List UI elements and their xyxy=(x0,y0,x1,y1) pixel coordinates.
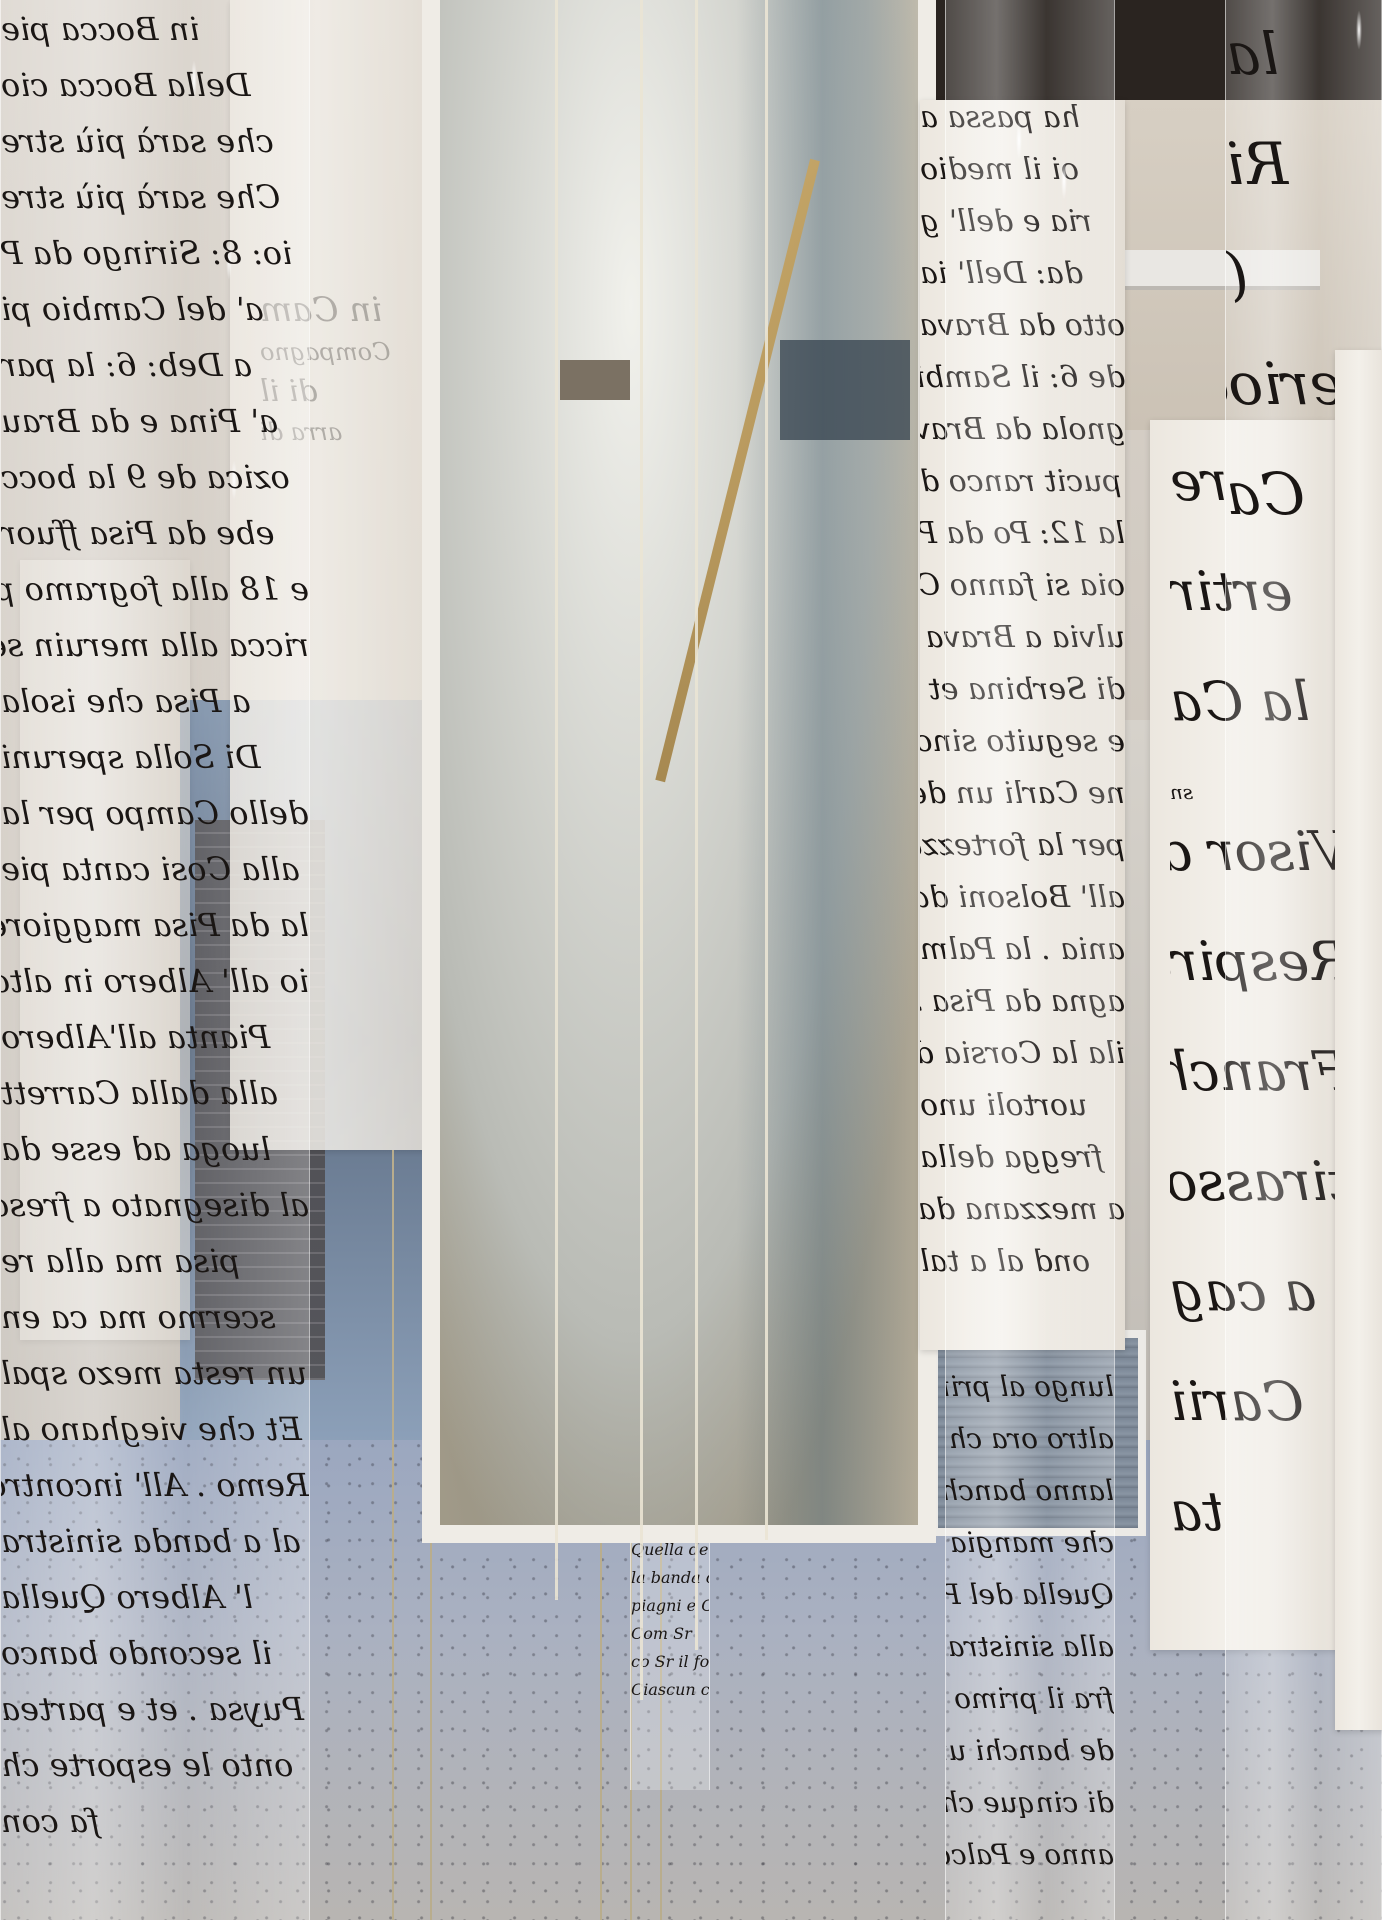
manuscript-line: Ri xyxy=(1226,130,1381,240)
artwork-thread xyxy=(765,0,768,1540)
manuscript-line: Puysa . et e partea xyxy=(1,1690,309,1746)
manuscript-line: a' del Cambio pi xyxy=(1,290,309,346)
manuscript-line: al a banda sinistra xyxy=(1,1522,309,1578)
manuscript-line: onto le esporte ch xyxy=(1,1746,309,1802)
manuscript-line: pisa ma alla re xyxy=(1,1242,309,1298)
central-textured-artwork xyxy=(440,0,918,1525)
manuscript-line: la da Pisa maggiore xyxy=(1,906,309,962)
manuscript-line: fa con xyxy=(1,1802,309,1858)
manuscript-line: e 18 alla fogramo pi xyxy=(1,570,309,626)
manuscript-line: Che sarà più stre xyxy=(1,178,309,234)
manuscript-line: anno e Palco xyxy=(946,1838,1114,1890)
manuscript-line: altro ora ch piro xyxy=(946,1422,1114,1474)
manuscript-line: de banchi un a xyxy=(946,1734,1114,1786)
hanging-cord xyxy=(430,1150,432,1920)
manuscript-line: alla sinistra al xyxy=(946,1630,1114,1682)
hanging-cord xyxy=(392,1150,394,1920)
manuscript-line: alla dalla Carrett xyxy=(1,1074,309,1130)
manuscript-line: fra il primo c xyxy=(946,1682,1114,1734)
manuscript-line: il secondo banco xyxy=(1,1634,309,1690)
edge-paper-scroll xyxy=(1335,350,1382,1730)
manuscript-line: io: 8: Siringo da P xyxy=(1,234,309,290)
installation-photo: in Cam Compagno di il arra di in Bocca p… xyxy=(0,0,1382,1920)
manuscript-line: Et che vieghano al xyxy=(1,1410,309,1466)
artwork-thread xyxy=(695,0,698,1650)
left-acetate-text: in Bocca pie Della Bocca cio che sarà pi… xyxy=(1,10,309,1858)
left-acetate-scroll: in Bocca pie Della Bocca cio che sarà pi… xyxy=(0,0,310,1920)
manuscript-line: Remo . All' incontro xyxy=(1,1466,309,1522)
manuscript-line: Pianta all'Albero xyxy=(1,1018,309,1074)
manuscript-line: che mangia un xyxy=(946,1526,1114,1578)
manuscript-line: luoga ad esse da xyxy=(1,1130,309,1186)
manuscript-line: l' Albero Quella xyxy=(1,1578,309,1634)
manuscript-line: ozica de 9 la bocc xyxy=(1,458,309,514)
manuscript-line: lungo al primo xyxy=(946,1370,1114,1422)
light-glint xyxy=(1016,120,1022,160)
light-glint xyxy=(1061,160,1067,200)
artwork-brown-block xyxy=(560,360,630,400)
artwork-blue-block xyxy=(780,340,910,440)
manuscript-line: a Pisa che isola xyxy=(1,682,309,738)
manuscript-line: in Bocca pie xyxy=(1,10,309,66)
manuscript-line: Di Solla speruni xyxy=(1,738,309,794)
manuscript-line: ebe da Pisa ffuor xyxy=(1,514,309,570)
manuscript-line: a' Pina e da Brau xyxy=(1,402,309,458)
manuscript-line: un resta mezo spal xyxy=(1,1354,309,1410)
manuscript-line: lanno banchi se xyxy=(946,1474,1114,1526)
manuscript-line: a Deb: 6: la par xyxy=(1,346,309,402)
manuscript-line: ricca alla meruin se xyxy=(1,626,309,682)
manuscript-line: di cinque che s xyxy=(946,1786,1114,1838)
right-acetate-text: lungo al primo altro ora ch piro lanno b… xyxy=(946,1370,1114,1890)
manuscript-line: alla Cosi canta pie xyxy=(1,850,309,906)
manuscript-line: la xyxy=(1226,20,1381,130)
manuscript-line: al disegnato a fresco xyxy=(1,1186,309,1242)
manuscript-line: Della Bocca cio xyxy=(1,66,309,122)
manuscript-line: che sarà più stre xyxy=(1,122,309,178)
hanging-cord xyxy=(600,1520,602,1920)
artwork-thread xyxy=(555,0,558,1600)
manuscript-line: io all' Albero in alto xyxy=(1,962,309,1018)
manuscript-line: ( xyxy=(1226,240,1381,350)
manuscript-line: dello Campo per la xyxy=(1,794,309,850)
manuscript-line: scermo ma ca en xyxy=(1,1298,309,1354)
manuscript-line: Quella del Pis xyxy=(946,1578,1114,1630)
right-acetate-scroll: lungo al primo altro ora ch piro lanno b… xyxy=(945,0,1115,1920)
artwork-thread xyxy=(640,0,643,1700)
